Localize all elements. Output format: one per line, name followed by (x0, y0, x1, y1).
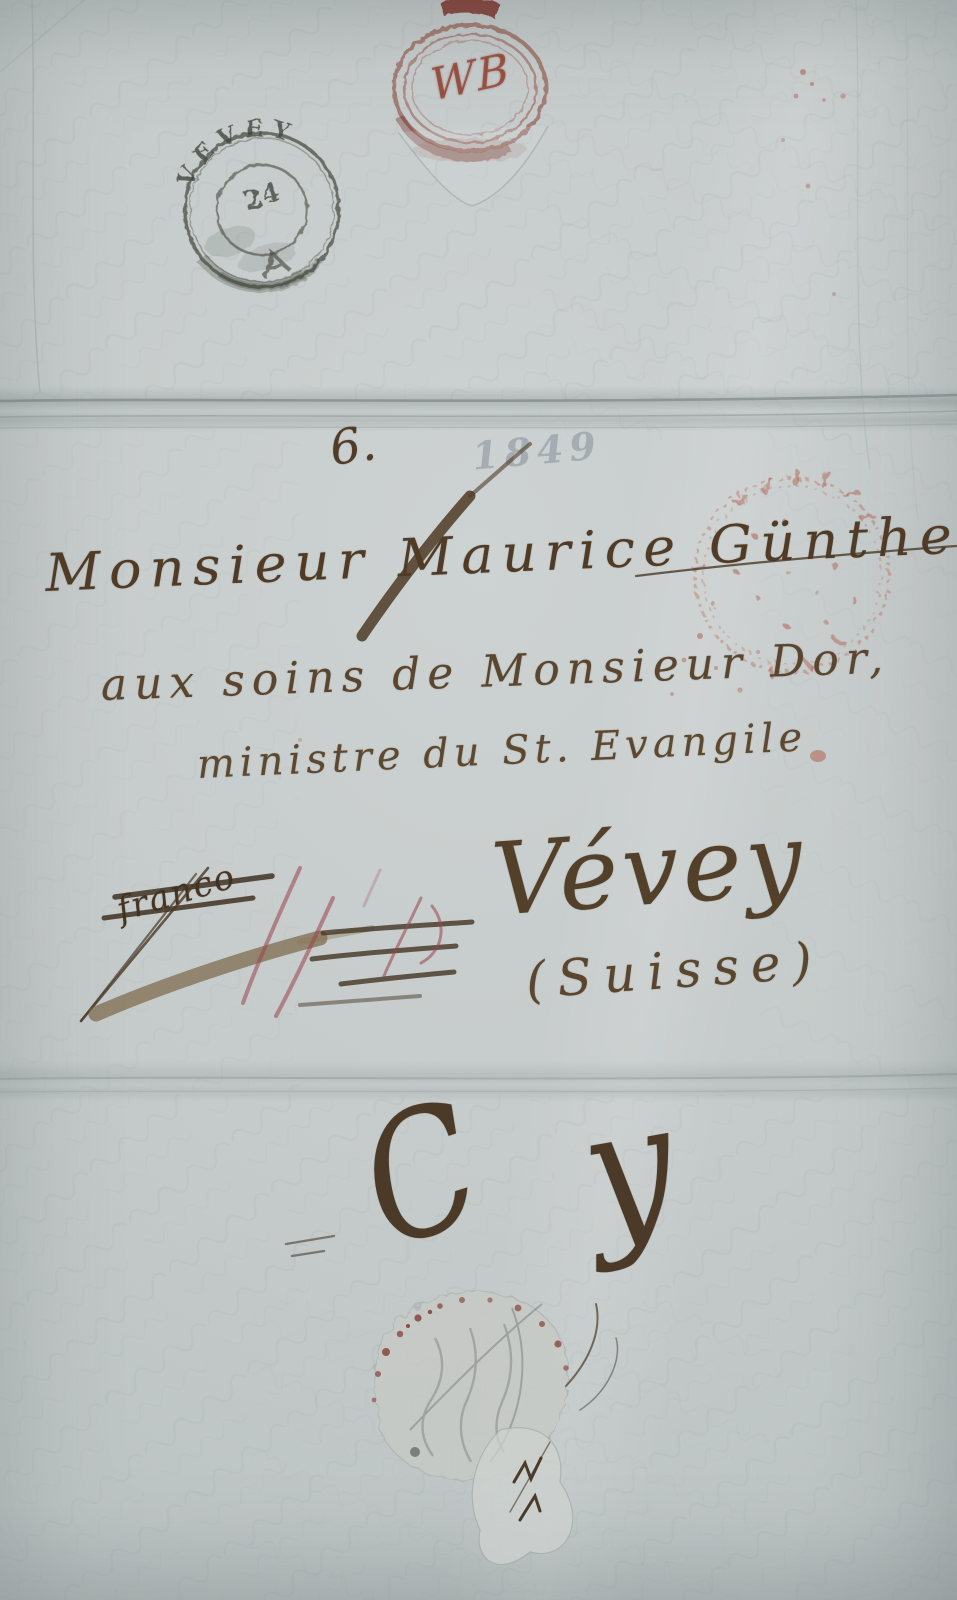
red-crayon-marks (243, 868, 441, 1016)
franco-crossout (81, 868, 372, 1021)
pen-flourish-stroke (362, 496, 470, 636)
ink-marks-over (0, 0, 957, 1600)
strike-through-name (636, 546, 956, 576)
letter-cover-photo: VEVEY 24 (0, 0, 957, 1600)
initials-cross-dashes (286, 1236, 334, 1256)
rate-strike-dashes (300, 922, 472, 1005)
pen-flourish-tip (470, 444, 530, 496)
